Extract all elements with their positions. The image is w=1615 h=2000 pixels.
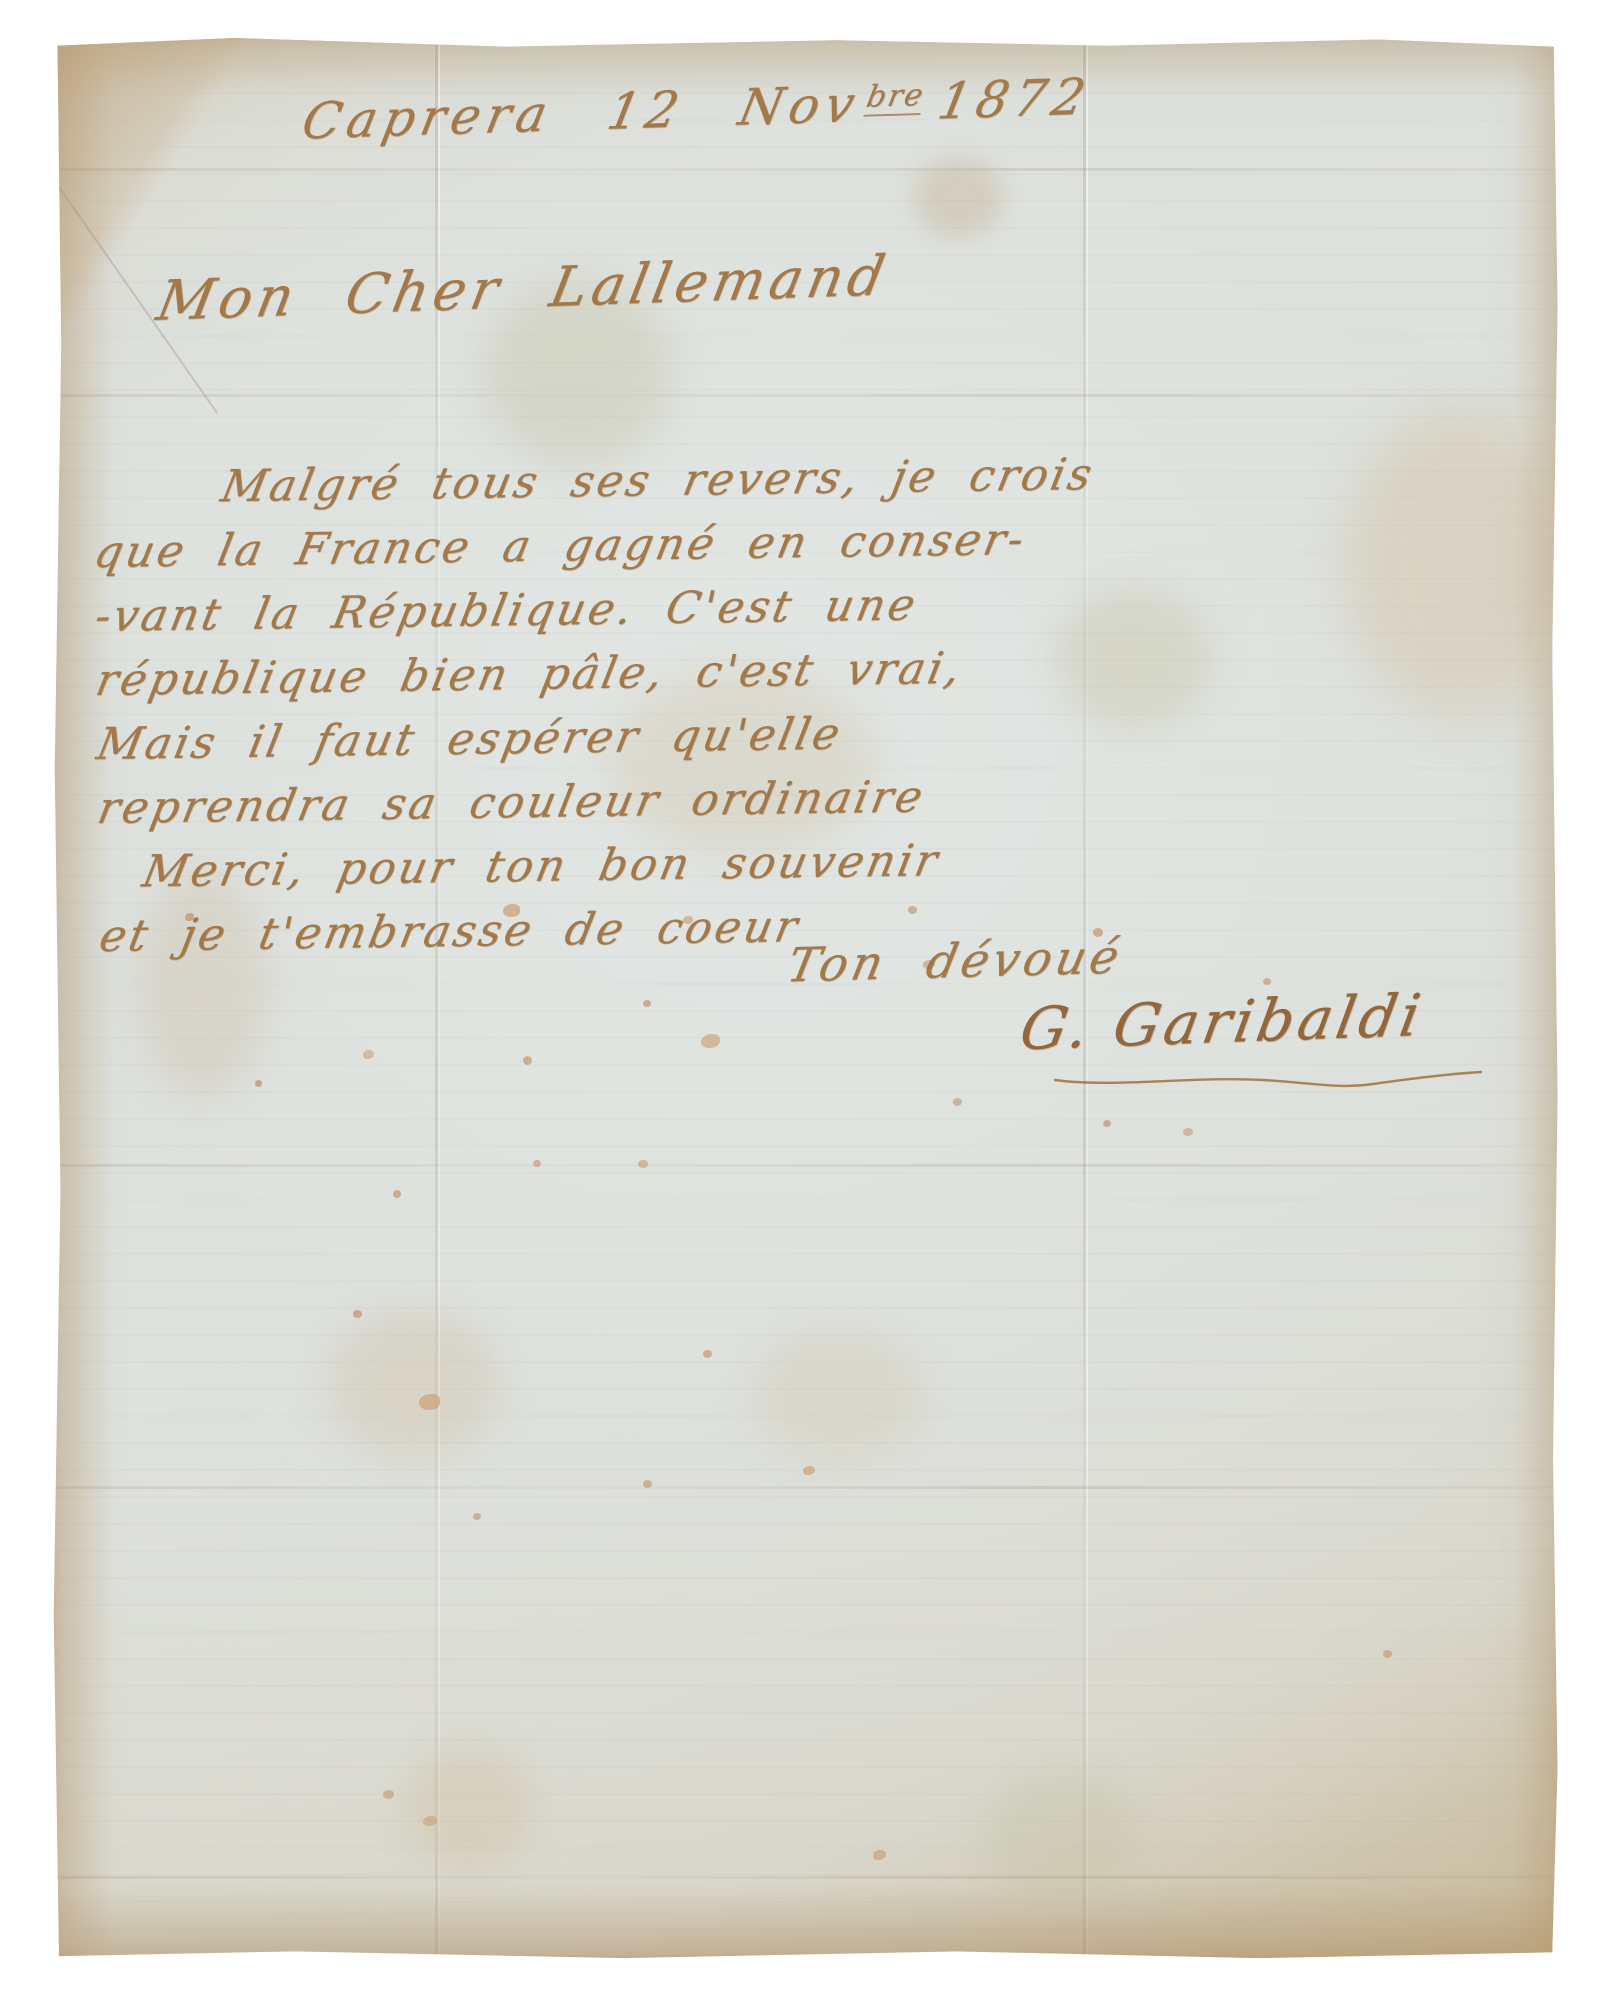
fold-crease-horizontal [53, 1164, 1559, 1167]
foxing-spot [473, 1513, 481, 1520]
letter-salutation: Mon Cher Lallemand [152, 243, 895, 333]
foxing-spot [255, 1080, 262, 1087]
foxing-spot [523, 1056, 532, 1065]
foxing-spot [1103, 1120, 1111, 1127]
stain [403, 1748, 533, 1868]
foxing-spot [419, 1394, 440, 1410]
foxing-spot [1183, 1128, 1193, 1136]
foxing-spot [703, 1350, 712, 1358]
foxing-spot [423, 1816, 437, 1826]
foxing-spot [1383, 1650, 1392, 1658]
foxing-spot [873, 1850, 886, 1860]
stain [328, 1308, 498, 1458]
fold-crease-vertical [435, 38, 438, 1960]
fold-crease-horizontal [53, 1486, 1559, 1489]
foxing-spot [393, 1190, 401, 1198]
fold-crease-vertical-highlight [438, 38, 440, 1960]
foxing-spot [533, 1160, 541, 1167]
foxing-spot [363, 1050, 374, 1059]
foxing-spot [353, 1310, 362, 1318]
dateline-month-superscript: bre [863, 78, 928, 117]
foxing-spot [643, 1000, 651, 1007]
foxing-spot [383, 1790, 394, 1799]
foxing-spot [1263, 978, 1271, 985]
stain [1343, 408, 1573, 718]
signature-flourish [1053, 1066, 1483, 1092]
fold-crease-horizontal [53, 394, 1559, 397]
foxing-spot [701, 1034, 720, 1048]
foxing-spot [638, 1160, 648, 1168]
stain [983, 1768, 1133, 1898]
letter-dateline: Caprera 12 Novbre1872 [297, 67, 1096, 150]
foxing-spot [803, 1466, 815, 1475]
fold-crease-horizontal [53, 168, 1559, 171]
stain [753, 1328, 923, 1458]
letter-body: Malgré tous ses revers, je crois que la … [93, 443, 1100, 969]
stain [913, 158, 1003, 238]
photo-backdrop: { "letter": { "dateline": { "place_and_d… [0, 0, 1615, 2000]
foxing-spot [643, 1480, 652, 1488]
letter-signature: G. Garibaldi [1015, 981, 1429, 1064]
fold-crease-horizontal [53, 1876, 1559, 1879]
dateline-year: 1872 [933, 67, 1096, 130]
dateline-place-day: Caprera 12 Nov [297, 75, 865, 151]
letter-closing: Ton dévoué [782, 929, 1127, 993]
foxing-spot [953, 1098, 962, 1106]
letter-sheet: Caprera 12 Novbre1872 Mon Cher Lallemand… [53, 38, 1559, 1960]
